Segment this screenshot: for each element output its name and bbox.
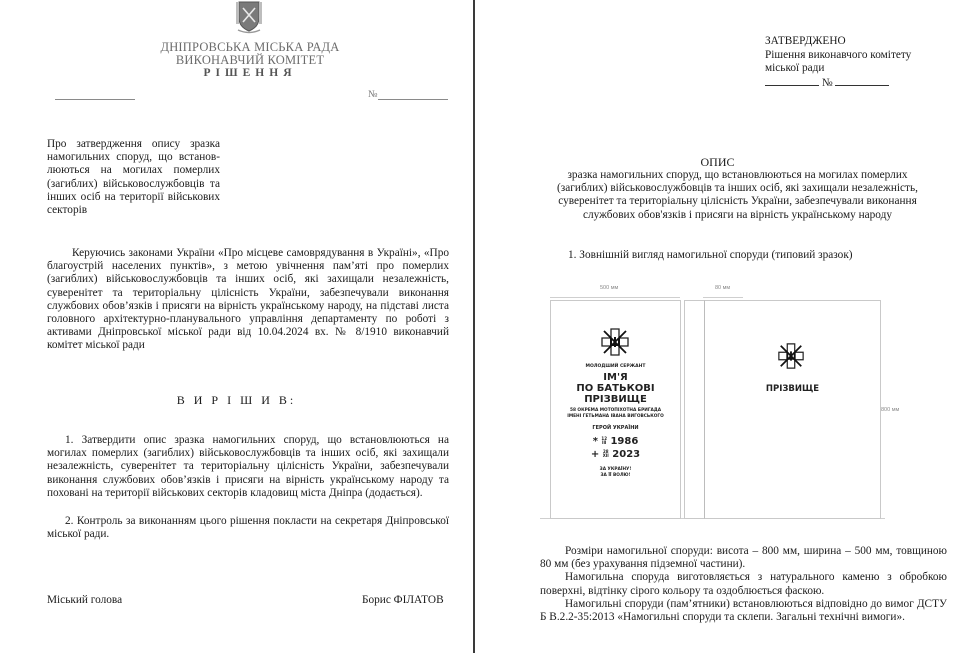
- motto: ЗА УКРАЇНУ! ЗА ЇЇ ВОЛЮ!: [551, 467, 680, 479]
- patronymic: ПО БАТЬКОВІ: [551, 383, 680, 394]
- hero-title: ГЕРОЙ УКРАЇНИ: [551, 425, 680, 431]
- description-subtitle: зразка намогильних споруд, що встановлюю…: [550, 169, 925, 222]
- monument-side-face: [684, 300, 706, 519]
- signature-name: Борис ФІЛАТОВ: [362, 594, 444, 607]
- full-name: ІМ'Я ПО БАТЬКОВІ ПРІЗВИЩЕ: [551, 372, 680, 405]
- monument-back-face: ПРІЗВИЩЕ: [704, 300, 881, 519]
- birth-date: * 12III 1986: [551, 435, 680, 448]
- unit-text: 58 ОКРЕМА МОТОПІХОТНА БРИГАДА ІМЕНІ ГЕТЬ…: [551, 408, 680, 420]
- description-page: ЗАТВЕРДЖЕНО Рішення виконавчого комітету…: [475, 0, 960, 653]
- monument-drawing: 500 мм 80 мм 800 мм МОЛОДШИЙ СЕРЖАНТ ІМ'…: [540, 280, 960, 530]
- military-cross-trident-icon: [777, 342, 805, 370]
- death-month: XII: [603, 453, 609, 458]
- width-dimension-line: [550, 297, 680, 298]
- back-surname: ПРІЗВИЩЕ: [705, 384, 880, 394]
- death-year: 2023: [612, 449, 640, 460]
- standard-paragraph: Намогильні споруди (пам’ятники) встановл…: [540, 598, 947, 624]
- approval-stamp: ЗАТВЕРДЖЕНО Рішення виконавчого комітету…: [765, 35, 950, 90]
- decision-page: ДНІПРОВСЬКА МІСЬКА РАДА ВИКОНАВЧИЙ КОМІТ…: [0, 0, 473, 653]
- decision-preamble: Керуючись законами України «Про місцеве …: [47, 247, 449, 353]
- birth-month: III: [602, 440, 606, 445]
- section-heading: 1. Зовнішній вигляд намогильної споруди …: [568, 249, 853, 262]
- decision-subject: Про затвердження опису зразка намогильни…: [47, 138, 220, 217]
- decided-heading: В И Р І Ш И В:: [0, 393, 473, 408]
- thickness-dimension-label: 80 мм: [715, 285, 730, 291]
- birth-symbol: *: [593, 436, 598, 447]
- description-title: ОПИС: [475, 155, 960, 170]
- document-type: РІШЕННЯ: [120, 67, 380, 80]
- date-blank-line: [55, 99, 135, 100]
- decision-item: 1. Затвердити опис зразка намогильних сп…: [47, 434, 449, 500]
- height-dimension-label: 800 мм: [881, 407, 899, 413]
- description-body: Розміри намогильної споруди: висота – 80…: [540, 545, 947, 624]
- committee-name: ВИКОНАВЧИЙ КОМІТЕТ: [120, 54, 380, 67]
- number-label: №: [822, 77, 833, 89]
- monument-front-face: МОЛОДШИЙ СЕРЖАНТ ІМ'Я ПО БАТЬКОВІ ПРІЗВИ…: [550, 300, 681, 519]
- rank-text: МОЛОДШИЙ СЕРЖАНТ: [551, 364, 680, 369]
- decision-item: 2. Контроль за виконанням цього рішення …: [47, 515, 449, 541]
- first-name: ІМ'Я: [551, 372, 680, 383]
- dnipro-coat-of-arms-icon: [232, 0, 266, 34]
- approval-line: міської ради: [765, 62, 950, 76]
- birth-year: 1986: [610, 436, 638, 447]
- unit-line: ІМЕНІ ГЕТЬМАНА ІВАНА ВИГОВСЬКОГО: [551, 414, 680, 420]
- approval-title: ЗАТВЕРДЖЕНО: [765, 35, 950, 49]
- thickness-dimension-line: [703, 297, 743, 298]
- number-blank-line: [835, 76, 889, 86]
- material-paragraph: Намогильна споруда виготовляється з нату…: [540, 571, 947, 597]
- dimensions-paragraph: Розміри намогильної споруди: висота – 80…: [540, 545, 947, 571]
- approval-line: Рішення виконавчого комітету: [765, 49, 950, 63]
- surname: ПРІЗВИЩЕ: [551, 394, 680, 405]
- life-dates: * 12III 1986 + 28XII 2023: [551, 435, 680, 461]
- approval-number-row: №: [765, 76, 950, 91]
- date-blank-line: [765, 76, 819, 86]
- number-label: №: [368, 89, 378, 100]
- death-date: + 28XII 2023: [551, 448, 680, 461]
- number-blank-line: [378, 99, 448, 100]
- motto-line: ЗА ЇЇ ВОЛЮ!: [551, 473, 680, 479]
- birth-day-month: 12III: [601, 437, 607, 445]
- military-cross-trident-icon: [600, 327, 630, 357]
- death-symbol: +: [591, 449, 599, 460]
- width-dimension-label: 500 мм: [600, 285, 618, 291]
- death-day-month: 28XII: [603, 450, 609, 458]
- signature-role: Міський голова: [47, 594, 122, 607]
